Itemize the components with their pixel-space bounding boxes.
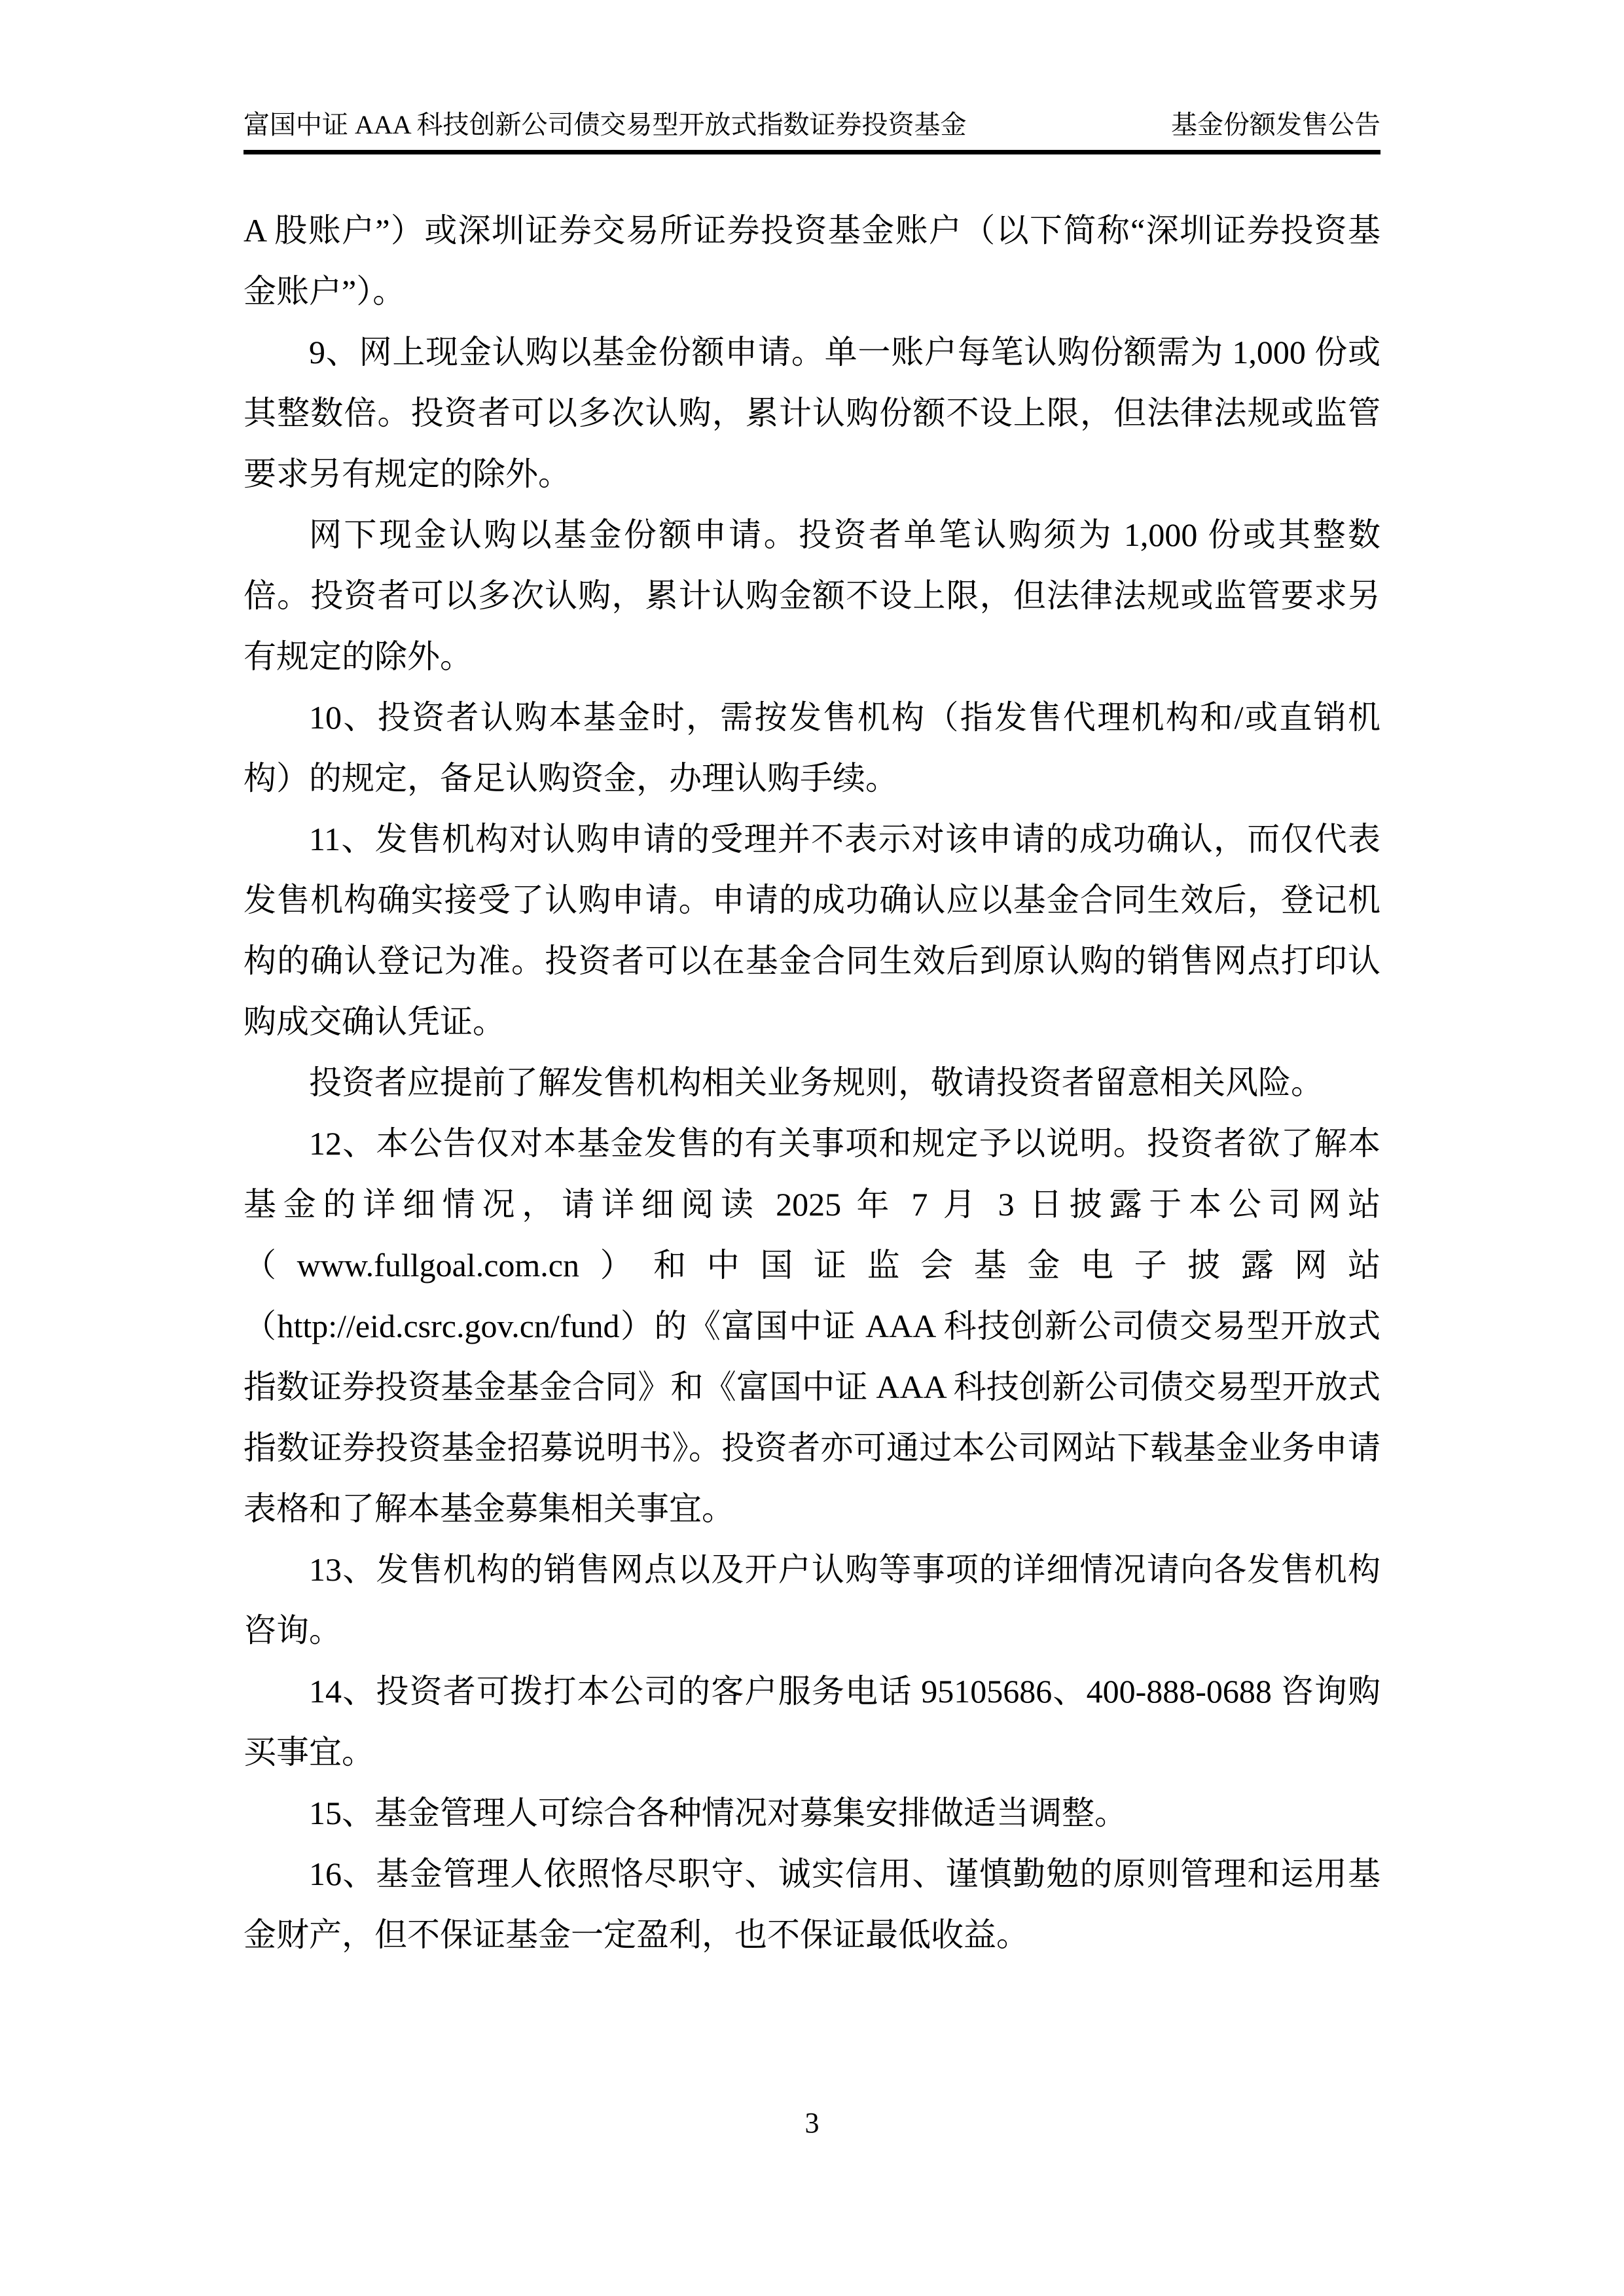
body-paragraph: 投资者应提前了解发售机构相关业务规则，敬请投资者留意相关风险。 (244, 1052, 1380, 1113)
body-paragraph: 12、本公告仅对本基金发售的有关事项和规定予以说明。投资者欲了解本基金的详细情况… (244, 1113, 1380, 1539)
document-page: 富国中证 AAA 科技创新公司债交易型开放式指数证券投资基金 基金份额发售公告 … (0, 0, 1624, 2296)
page-header: 富国中证 AAA 科技创新公司债交易型开放式指数证券投资基金 基金份额发售公告 (244, 0, 1380, 140)
header-doc-title: 基金份额发售公告 (1171, 110, 1380, 140)
body-paragraph: A 股账户”）或深圳证券交易所证券投资基金账户（以下简称“深圳证券投资基金账户”… (244, 200, 1380, 322)
body-paragraph: 15、基金管理人可综合各种情况对募集安排做适当调整。 (244, 1783, 1380, 1844)
document-body: A 股账户”）或深圳证券交易所证券投资基金账户（以下简称“深圳证券投资基金账户”… (244, 200, 1380, 1965)
page-number: 3 (805, 2107, 820, 2139)
body-paragraph: 13、发售机构的销售网点以及开户认购等事项的详细情况请向各发售机构咨询。 (244, 1539, 1380, 1661)
body-paragraph: 10、投资者认购本基金时，需按发售机构（指发售代理机构和/或直销机构）的规定，备… (244, 687, 1380, 809)
body-paragraph: 网下现金认购以基金份额申请。投资者单笔认购须为 1,000 份或其整数倍。投资者… (244, 505, 1380, 687)
body-paragraph: 16、基金管理人依照恪尽职守、诚实信用、谨慎勤勉的原则管理和运用基金财产，但不保… (244, 1844, 1380, 1965)
page-footer: 3 (0, 2106, 1624, 2140)
body-paragraph: 9、网上现金认购以基金份额申请。单一账户每笔认购份额需为 1,000 份或其整数… (244, 322, 1380, 505)
body-paragraph: 11、发售机构对认购申请的受理并不表示对该申请的成功确认，而仅代表发售机构确实接… (244, 809, 1380, 1052)
header-fund-name: 富国中证 AAA 科技创新公司债交易型开放式指数证券投资基金 (244, 110, 966, 140)
body-paragraph: 14、投资者可拨打本公司的客户服务电话 95105686、400-888-068… (244, 1661, 1380, 1783)
header-divider (244, 150, 1380, 154)
